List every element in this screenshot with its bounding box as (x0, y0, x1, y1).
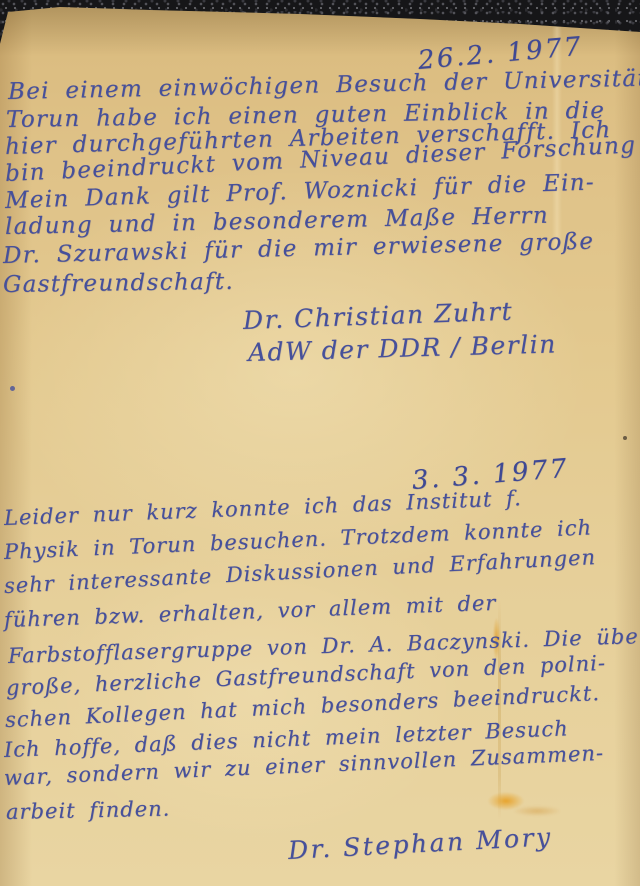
guestbook-page: 26.2. 1977 Bei einem einwöchigen Besuch … (0, 0, 640, 886)
stain (514, 806, 560, 816)
signature-name: Dr. Stephan Mory (287, 822, 553, 865)
speck (623, 436, 627, 440)
stain (488, 792, 524, 810)
signature-affiliation: AdW der DDR / Berlin (248, 329, 558, 367)
ink-dot (10, 386, 15, 391)
handwritten-line: führen bzw. erhalten, vor allem mit der (4, 591, 497, 632)
handwritten-line: Gastfreundschaft. (3, 269, 234, 298)
guestbook-photo: 26.2. 1977 Bei einem einwöchigen Besuch … (0, 0, 640, 886)
handwritten-line: arbeit finden. (6, 797, 171, 824)
signature-name: Dr. Christian Zuhrt (242, 297, 513, 335)
